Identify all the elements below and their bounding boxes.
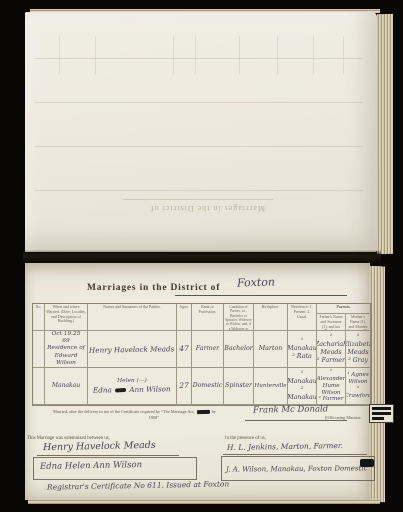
witness-2-signature: J. A. Wilson, Manakau, Foxton Domestic	[226, 464, 368, 473]
cell-age-bride: 27	[177, 368, 192, 405]
certificate-year: 1908”	[53, 415, 255, 421]
col-header-rank: Rank or Profession.	[192, 304, 224, 331]
registrar-certificate-note: Registrar's Certificate No 611. Issued a…	[47, 479, 229, 491]
cell-when-where-bride: Manakau	[45, 368, 88, 405]
cell-father-bride: ¹ AlexanderHume Wilson² Farmer	[317, 368, 346, 405]
cell-rank-bride: Domestic	[192, 368, 224, 405]
col-header-parents: Parents.	[317, 304, 371, 314]
col-header-when: When and where Married. (Date, Locality,…	[45, 304, 88, 331]
stamp-box	[369, 404, 394, 423]
ghost-column-rule	[173, 36, 174, 74]
district-name-handwritten: Foxton	[237, 275, 275, 289]
stamp-bar	[372, 412, 391, 415]
register-page: Marriages in the District of Foxton No. …	[25, 263, 370, 500]
top-page-blank: Marriages in the District of	[25, 12, 377, 252]
ghost-column-rule	[95, 36, 96, 74]
certificate-printed-text: Married, after the delivery to me of the…	[53, 409, 255, 420]
register-book-photo: Marriages in the District of Marriages i…	[0, 0, 403, 512]
cell-name-bride: Helen (—) Edna Ann Wilson	[88, 368, 177, 405]
cell-birthplace-groom: Marton	[254, 331, 288, 368]
cell-condition-bride: Spinster	[224, 368, 254, 405]
ghost-rule	[35, 146, 363, 147]
groom-signature-line	[37, 455, 179, 456]
ghost-column-rule	[239, 36, 240, 74]
bride-signature: Edna Helen Ann Wilson	[40, 460, 142, 472]
bride-name-pre: Edna	[93, 385, 112, 394]
cell-condition-groom: Bachelor	[224, 331, 254, 368]
stamp-bar	[372, 407, 391, 410]
ghost-column-rule	[277, 36, 278, 74]
stamp-bar	[372, 417, 384, 420]
ghost-rule	[35, 102, 363, 103]
col-header-residence: Residence: 1. Present. 2. Usual.	[288, 304, 317, 331]
officiating-minister-label: (Officiating Minister.	[325, 415, 362, 420]
cell-rank-groom: Farmer	[192, 331, 224, 368]
marriage-register-table: No. When and where Married. (Date, Local…	[32, 303, 372, 406]
cell-name-groom: Henry Havelock Meads	[88, 331, 177, 368]
col-header-condition: Condition of Parties, i.e., Bachelor or …	[224, 304, 254, 331]
ghost-column-rule	[313, 36, 314, 74]
witness-1-signature: H. L. Jenkins, Marton, Farmer.	[227, 441, 343, 452]
district-underline	[175, 295, 347, 296]
col-header-names: Names and Surnames of the Parties.	[88, 304, 177, 331]
col-header-father: Father's Name and Surname (1), and his R…	[317, 314, 346, 331]
ghost-title-underline	[123, 199, 273, 200]
cell-residence-bride: ¹ Manakau² Manakau	[288, 368, 317, 405]
ghost-column-rule	[343, 36, 344, 74]
ghost-rule	[35, 190, 363, 191]
page-title: Marriages in the District of	[87, 283, 220, 293]
witness-1-line	[223, 454, 367, 455]
witness-2-box: J. A. Wilson, Manakau, Foxton Domestic	[221, 456, 375, 481]
col-header-no: No.	[33, 304, 45, 331]
cell-age-groom: 47	[177, 331, 192, 368]
cell-no-bride	[33, 368, 45, 405]
col-header-birthplace: Birthplace.	[254, 304, 288, 331]
cell-mother-groom: ¹ ElizabethMeads² Gray	[346, 331, 371, 368]
groom-signature: Henry Havelock Meads	[43, 440, 156, 453]
cell-mother-bride: ¹ Agnes Wilson² Crawford	[346, 368, 371, 405]
col-header-mother: Mother's Name (1), and Maiden Surname (2…	[346, 314, 371, 331]
minister-signature-line	[245, 420, 347, 421]
minister-signature: Frank Mc Donald	[253, 404, 328, 415]
bride-name-post: Ann Wilson	[129, 384, 170, 394]
ghost-column-rule	[195, 36, 196, 74]
ghost-column-rule	[59, 36, 60, 74]
ghost-title-showthrough: Marriages in the District of	[105, 204, 310, 213]
page-edge-stack-right-upper	[377, 14, 393, 254]
redaction-mark	[197, 410, 210, 414]
cell-father-groom: ¹ ZachariahMeads² Farmer	[317, 331, 346, 368]
col-header-ages: Ages.	[177, 304, 192, 331]
ink-scribble-strikeout	[115, 388, 126, 393]
cell-residence-groom: ¹ Manakau² Rata	[288, 331, 317, 368]
presence-label: In the presence of us,	[225, 436, 266, 441]
cell-birthplace-bride: Hunterville	[254, 368, 288, 405]
cell-no-groom	[33, 331, 45, 368]
cell-when-where: Oct 19.2569Residence ofEdward Wilson	[45, 331, 88, 368]
ink-blot	[360, 459, 374, 467]
bride-signature-box: Edna Helen Ann Wilson	[33, 457, 197, 480]
